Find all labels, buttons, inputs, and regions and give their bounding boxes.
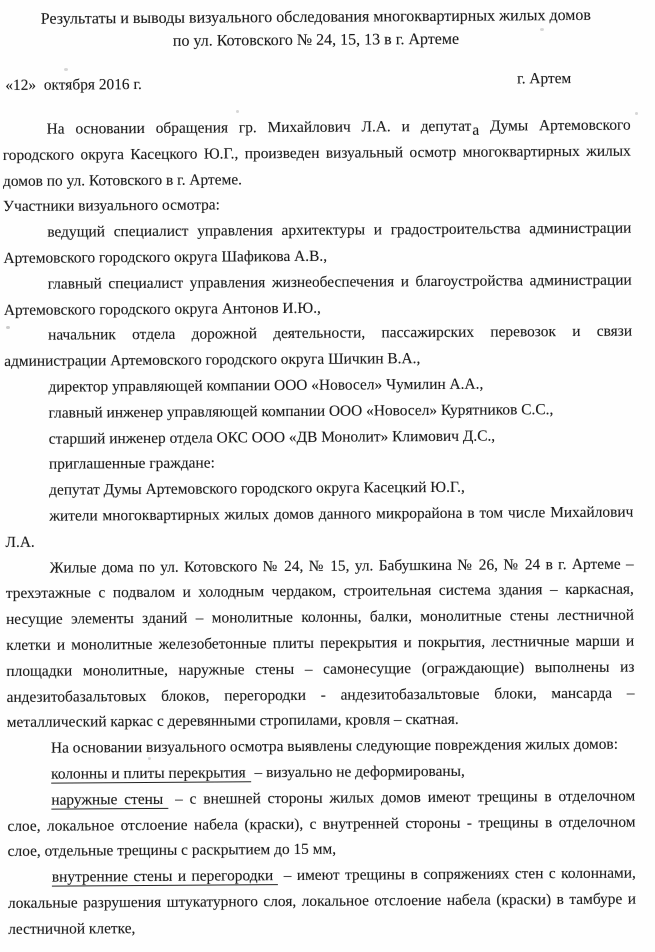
dateline: «12» октября 2016 г. г. Артем [2, 70, 630, 98]
title-line-1: Результаты и выводы визуального обследов… [2, 4, 630, 31]
participant-line: жители многоквартирных жилых домов данно… [5, 500, 633, 556]
intro-text-pre: На основании обращения гр. Михайлович Л.… [47, 118, 472, 138]
document-city: г. Артем [517, 67, 571, 91]
damage-item-outer-walls: наружные стены – с внешней стороны жилых… [7, 783, 636, 865]
damage-lead: колонны и плиты перекрытия [51, 764, 251, 783]
intro-paragraph: На основании обращения гр. Михайлович Л.… [3, 113, 632, 195]
building-description-paragraph: Жилые дома по ул. Котовского № 24, № 15,… [6, 551, 635, 736]
damage-rest: – визуально не деформированы, [251, 763, 465, 781]
scan-speck [64, 68, 68, 71]
scan-speck [6, 326, 10, 329]
document-page: Результаты и выводы визуального обследов… [0, 0, 655, 952]
title-line-2: по ул. Котовского № 24, 15, 13 в г. Арте… [2, 27, 630, 54]
participant-line: главный специалист управления жизнеобесп… [4, 267, 632, 323]
participant-line: главный инженер управляющей компании ООО… [5, 396, 633, 426]
findings-heading: На основании визуального осмотра выявлен… [7, 732, 635, 762]
damage-lead: внутренние стены и перегородки [52, 867, 279, 887]
scan-speck [540, 28, 544, 31]
scan-speck [635, 112, 638, 115]
inserted-letter: а [472, 121, 479, 138]
participant-line: начальник отдела дорожной деятельности, … [4, 319, 632, 375]
damage-item-inner-walls: внутренние стены и перегородки – имеют т… [8, 861, 637, 943]
document-date: «12» октября 2016 г. [5, 73, 142, 98]
damage-lead: наружные стены [51, 791, 168, 810]
scan-speck [148, 757, 151, 760]
document-body: На основании обращения гр. Михайлович Л.… [3, 113, 637, 943]
participant-line: ведущий специалист управления архитектур… [3, 216, 631, 272]
document-content: Результаты и выводы визуального обследов… [0, 0, 655, 942]
document-title: Результаты и выводы визуального обследов… [2, 4, 630, 54]
scan-speck [236, 110, 239, 113]
